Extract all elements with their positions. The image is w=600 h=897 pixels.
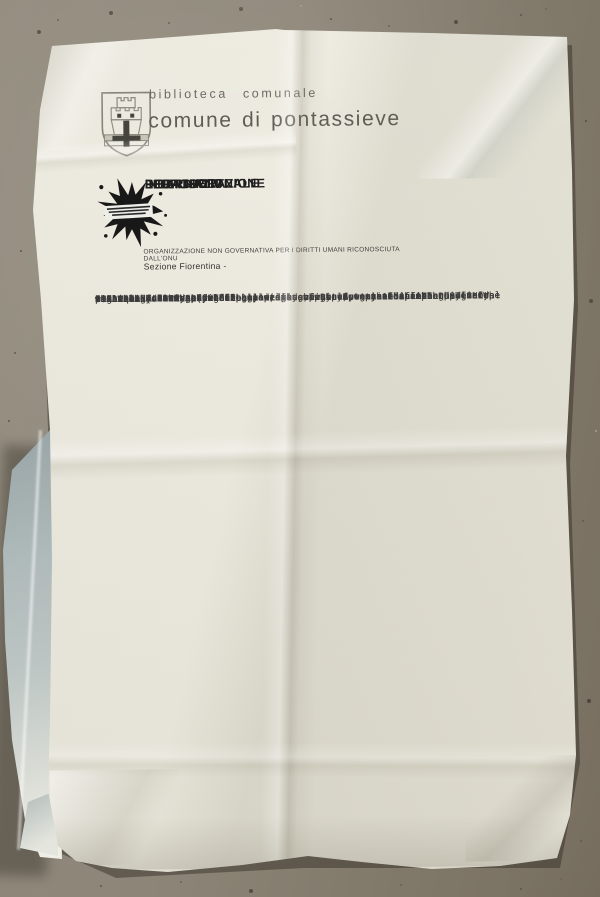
letter-photograph: biblioteca comunale comune di pontassiev…	[0, 0, 600, 897]
photo-vignette	[0, 0, 600, 897]
